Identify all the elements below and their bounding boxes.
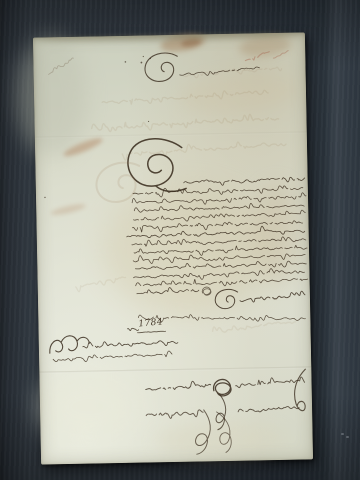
closing-line: [240, 291, 305, 302]
ink-speck: [148, 121, 149, 122]
ink-speck: [125, 61, 127, 63]
pencil-note: [48, 58, 73, 74]
body-handwriting: [126, 177, 308, 294]
photo-backing-cloth: 1784: [0, 0, 360, 480]
ink-speck: [143, 56, 144, 57]
red-ink-annotation: [245, 51, 288, 61]
manuscript-paper: 1784: [33, 32, 313, 464]
handwriting-layer: [33, 32, 313, 464]
address-block: [53, 340, 178, 362]
flourishes: [43, 48, 308, 458]
ink-speck: [44, 197, 45, 198]
ink-speck: [141, 62, 143, 64]
backing-mark: [341, 433, 344, 435]
header-annotation: [180, 67, 260, 76]
backing-mark: [346, 436, 349, 438]
